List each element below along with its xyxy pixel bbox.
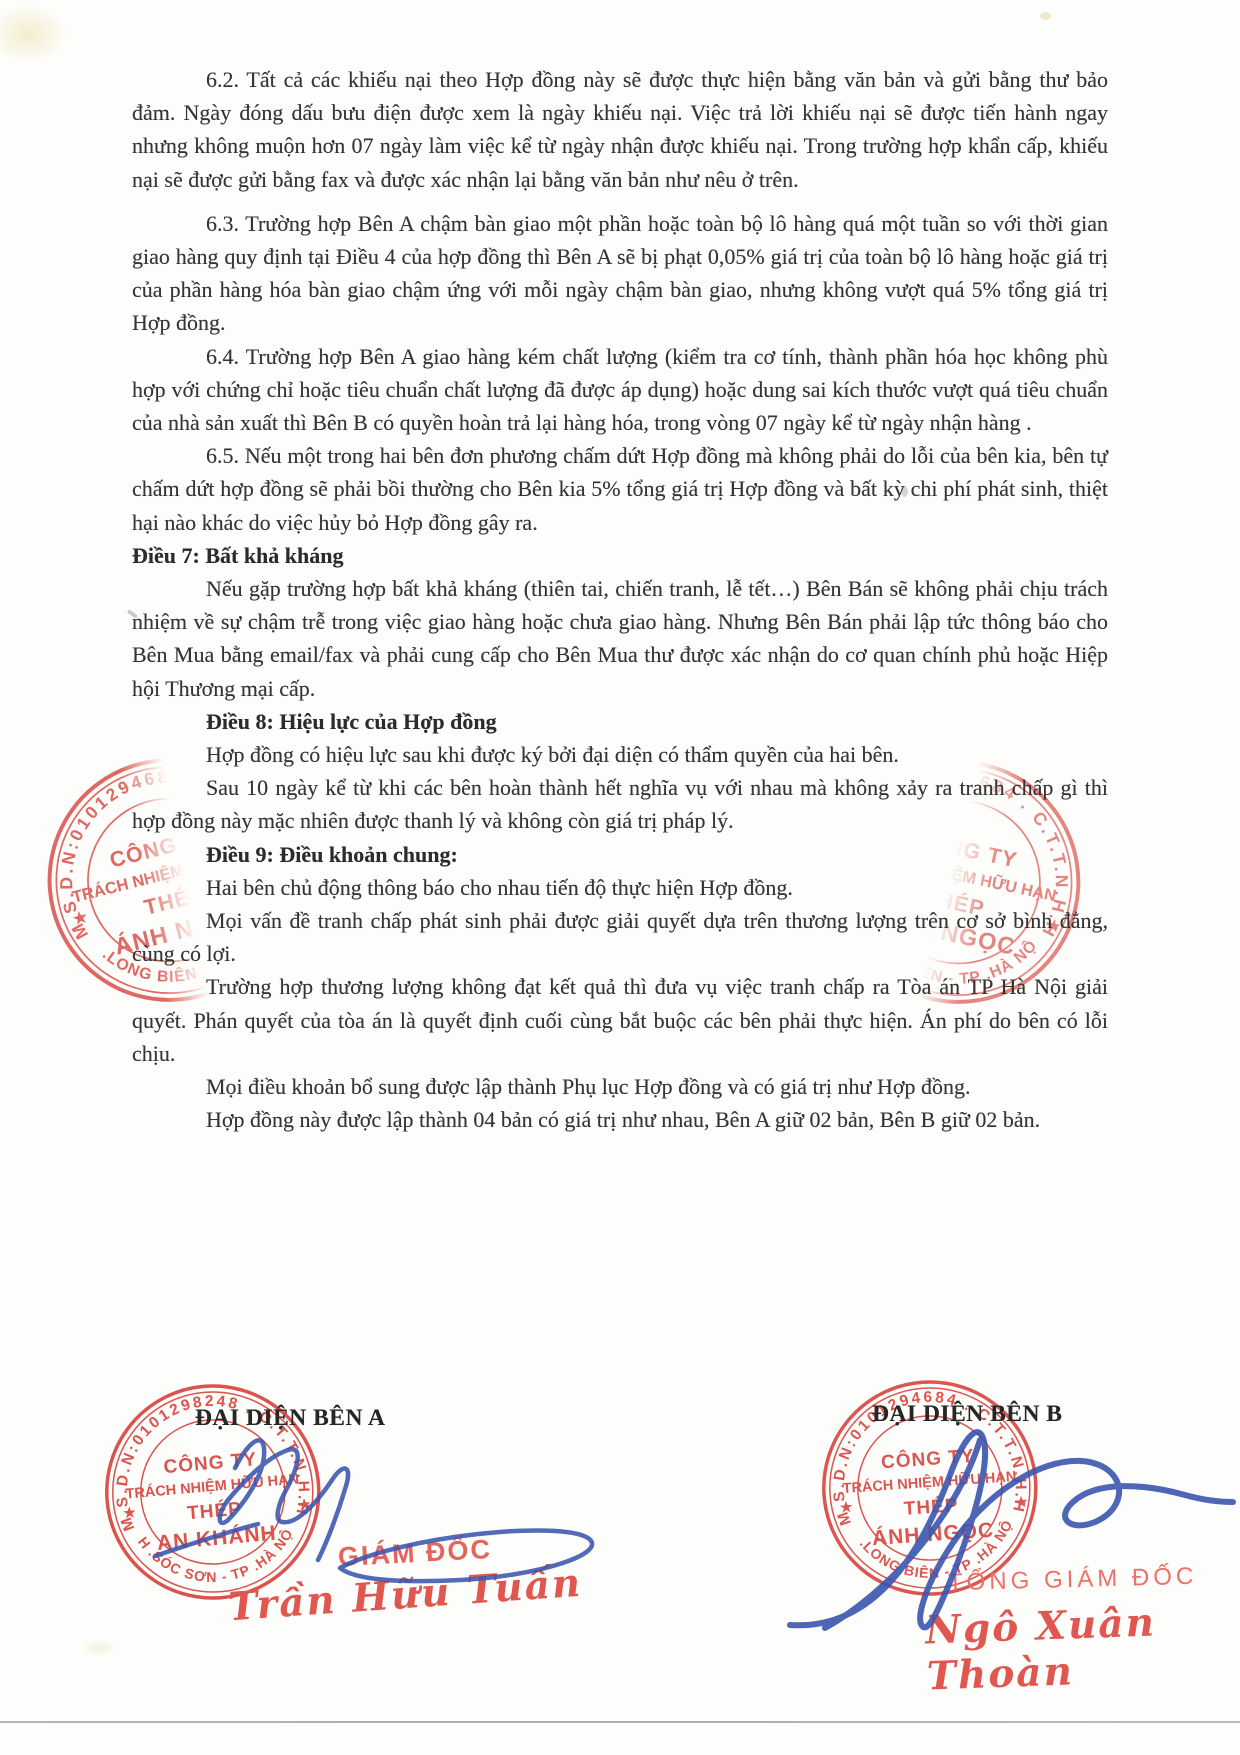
clause-9-line-5: Hợp đồng này được lập thành 04 bản có gi… bbox=[132, 1103, 1108, 1136]
clause-9-line-3: Trường hợp thương lượng không đạt kết qu… bbox=[132, 970, 1108, 1070]
clause-6-5: 6.5. Nếu một trong hai bên đơn phương ch… bbox=[132, 439, 1108, 539]
scanned-contract-page: M.S.D.N:0101294684 . C.T.T.N.H.H Q .LONG… bbox=[0, 0, 1240, 1755]
heading-dieu-7: Điều 7: Bất khả kháng bbox=[132, 539, 1108, 572]
clause-9-line-1: Hai bên chủ động thông báo cho nhau tiến… bbox=[132, 871, 1108, 904]
heading-dieu-9: Điều 9: Điều khoản chung: bbox=[132, 838, 1108, 871]
clause-7-body: Nếu gặp trường hợp bất khả kháng (thiên … bbox=[132, 572, 1108, 705]
clause-6-3: 6.3. Trường hợp Bên A chậm bàn giao một … bbox=[132, 207, 1108, 340]
clause-8-line-2: Sau 10 ngày kể từ khi các bên hoàn thành… bbox=[132, 771, 1108, 837]
clause-9-line-4: Mọi điều khoản bổ sung được lập thành Ph… bbox=[132, 1070, 1108, 1103]
scan-edge-line bbox=[0, 1721, 1240, 1723]
clause-6-4: 6.4. Trường hợp Bên A giao hàng kém chất… bbox=[132, 340, 1108, 440]
party-b-signature-ink bbox=[755, 1380, 1240, 1640]
paper-smudge bbox=[0, 4, 68, 64]
paper-speck bbox=[1040, 12, 1051, 20]
party-a-signature-ink bbox=[140, 1428, 660, 1613]
clause-8-line-1: Hợp đồng có hiệu lực sau khi được ký bởi… bbox=[132, 738, 1108, 771]
heading-dieu-8: Điều 8: Hiệu lực của Hợp đồng bbox=[132, 705, 1108, 738]
star-icon: ★ bbox=[123, 1504, 137, 1521]
contract-body: 6.2. Tất cả các khiếu nại theo Hợp đồng … bbox=[132, 63, 1108, 1137]
clause-9-line-2: Mọi vấn đề tranh chấp phát sinh phải đượ… bbox=[132, 904, 1108, 970]
star-icon: ★ bbox=[71, 908, 90, 928]
paper-smudge bbox=[82, 1640, 116, 1656]
clause-6-2: 6.2. Tất cả các khiếu nại theo Hợp đồng … bbox=[132, 63, 1108, 196]
